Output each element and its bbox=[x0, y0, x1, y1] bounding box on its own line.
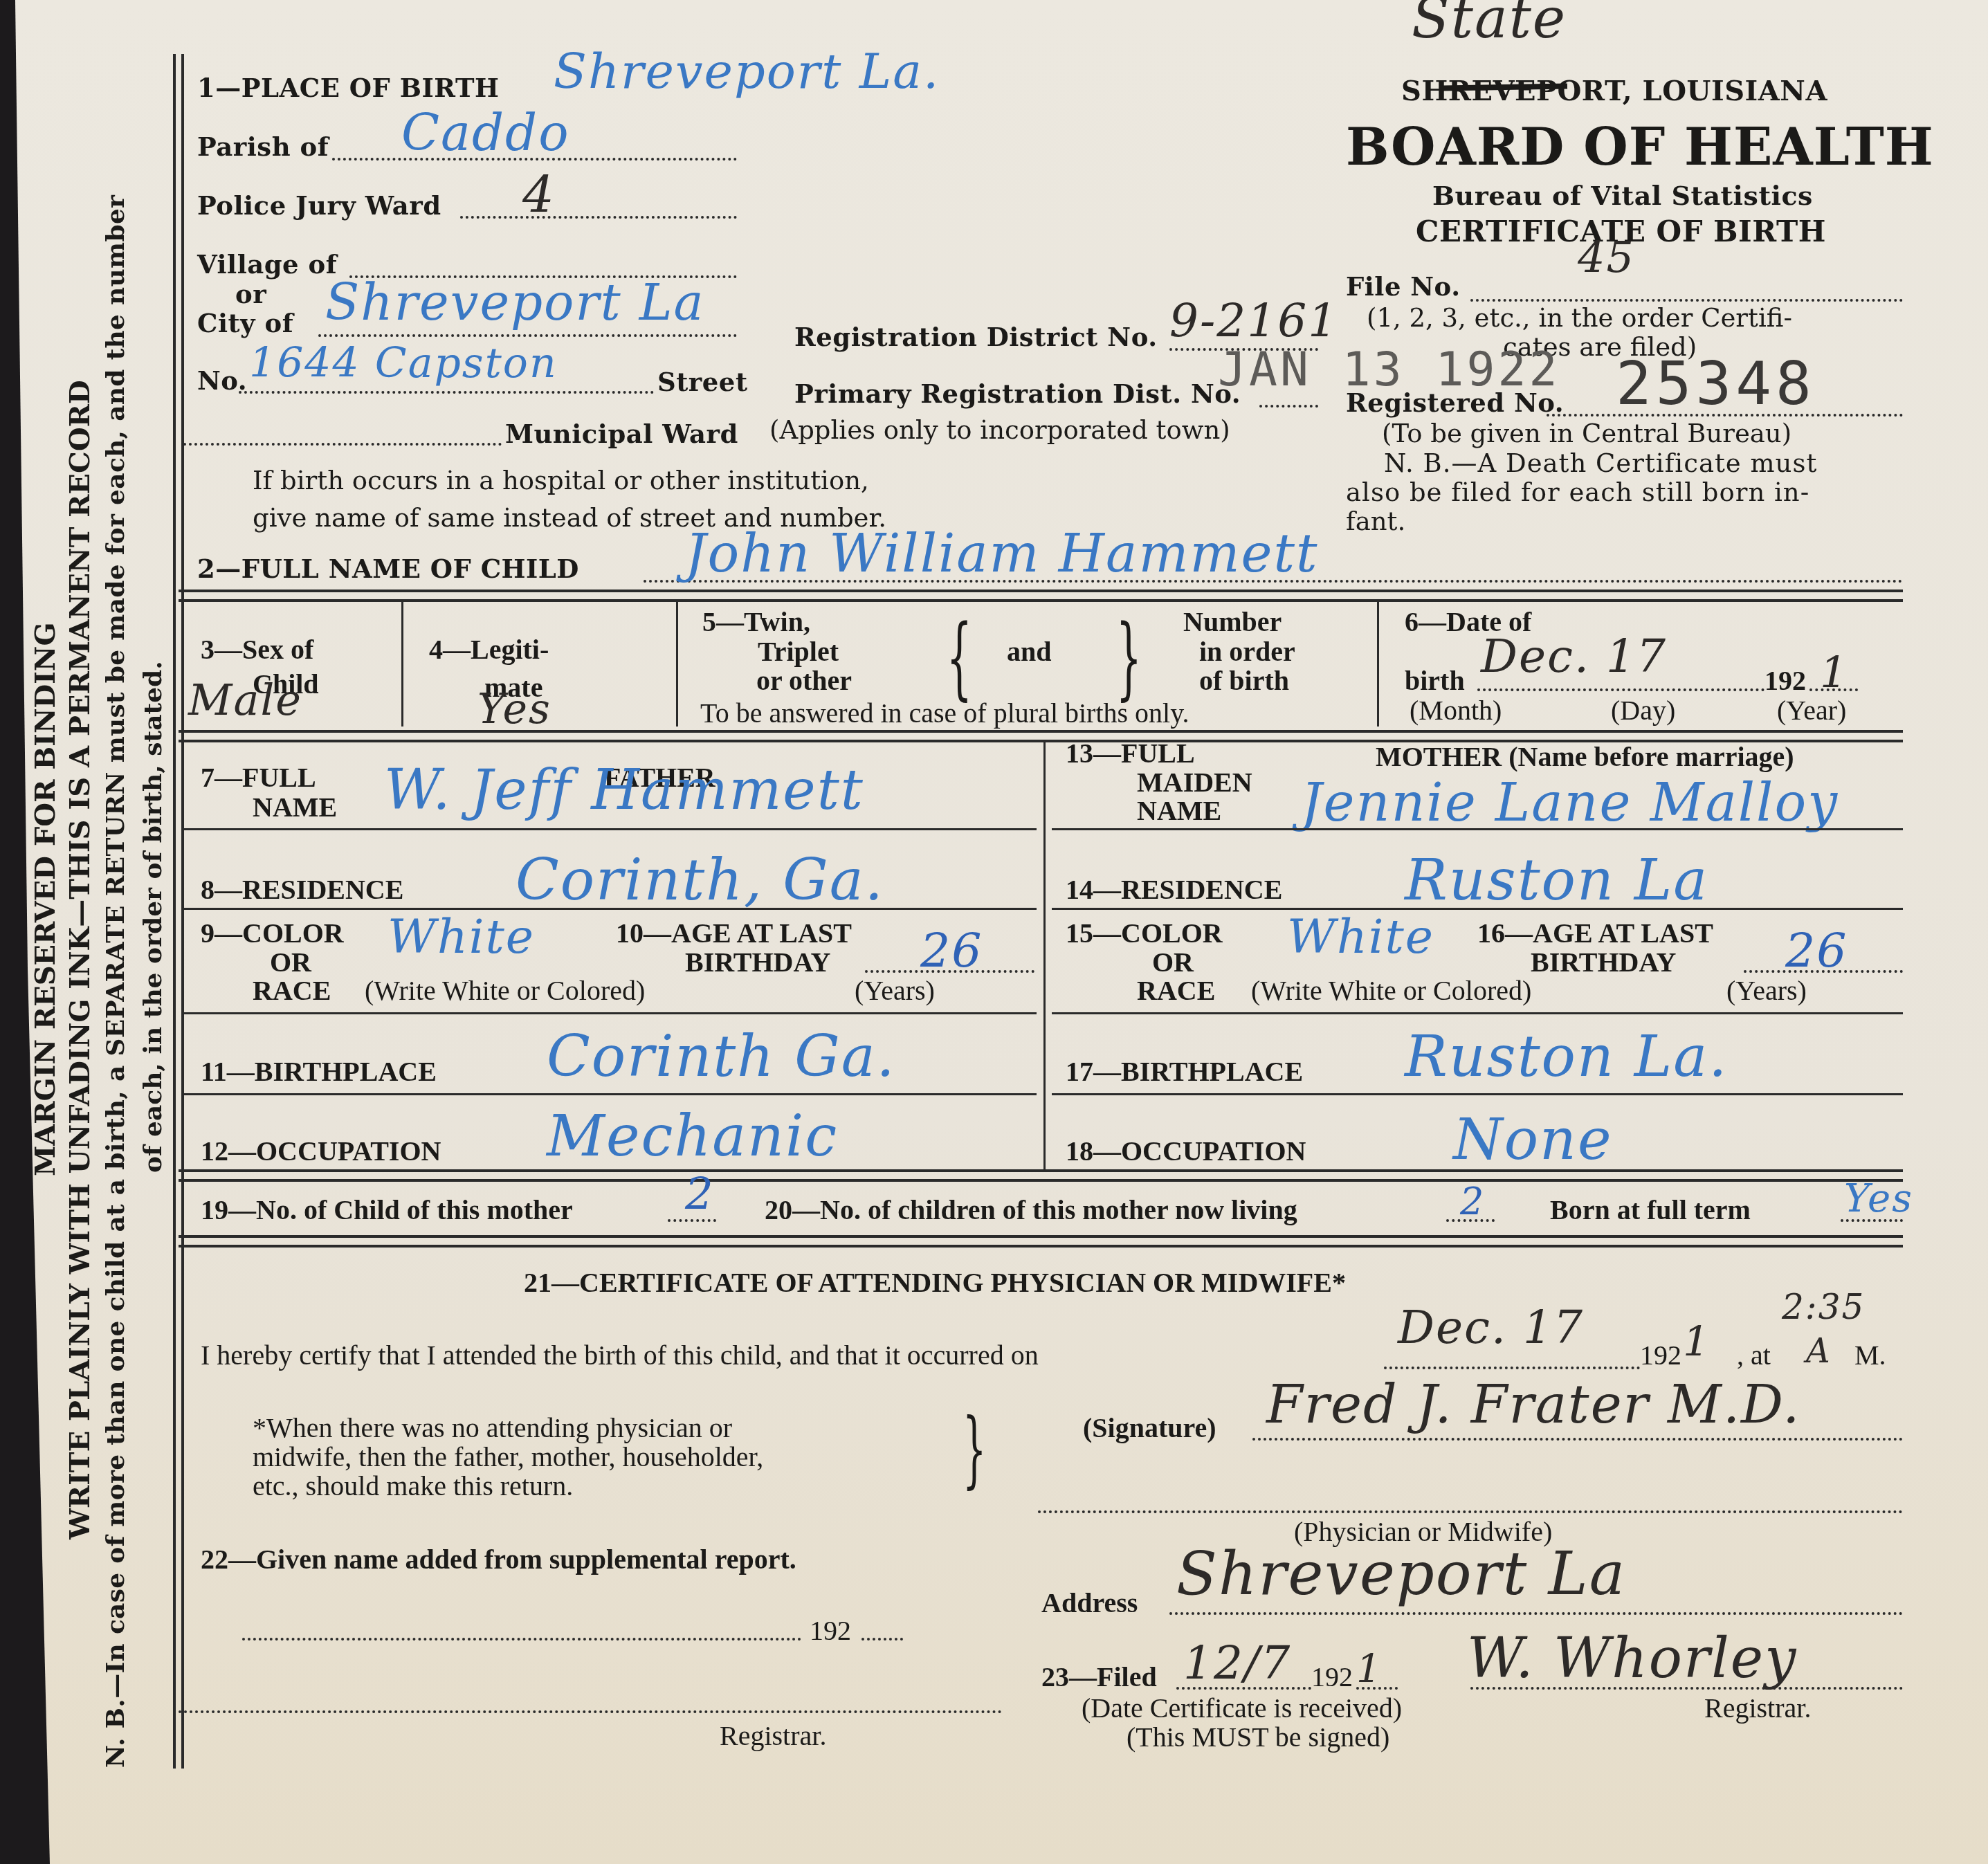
mother-name-value: Jennie Lane Malloy bbox=[1301, 771, 1839, 833]
registered-no-field[interactable] bbox=[1547, 414, 1903, 417]
mother-age-value: 26 bbox=[1785, 924, 1848, 978]
mother-residence-label: 14—RESIDENCE bbox=[1066, 873, 1282, 906]
father-age-value: 26 bbox=[920, 924, 983, 978]
street-label: Street bbox=[657, 367, 747, 397]
certify-statement: I hereby certify that I attended the bir… bbox=[201, 1339, 1039, 1371]
supplemental-year-prefix: 192 bbox=[810, 1614, 851, 1647]
nb-death-1: N. B.—A Death Certificate must bbox=[1384, 448, 1817, 478]
margin-binding-note: MARGIN RESERVED FOR BINDING bbox=[29, 622, 62, 1176]
divider-legit-twin bbox=[676, 602, 678, 727]
mother-color-note: (Write White or Colored) bbox=[1251, 974, 1531, 1007]
mother-name-label-3: NAME bbox=[1137, 794, 1221, 827]
municipal-ward-field[interactable] bbox=[183, 443, 502, 446]
father-birthplace-label: 11—BIRTHPLACE bbox=[201, 1055, 437, 1088]
footnote-line-3: etc., should make this return. bbox=[253, 1470, 573, 1502]
child-number-value: 2 bbox=[685, 1169, 715, 1221]
full-term-label: Born at full term bbox=[1550, 1194, 1751, 1226]
primary-registration-label: Primary Registration Dist. No. bbox=[794, 378, 1241, 409]
footnote-brace: } bbox=[963, 1408, 986, 1491]
signature-value: Fred J. Frater M.D. bbox=[1266, 1373, 1800, 1435]
mother-name-line bbox=[1052, 828, 1903, 830]
child-name-label: 2—FULL NAME OF CHILD bbox=[197, 554, 579, 584]
city-field[interactable] bbox=[318, 334, 737, 337]
filed-year-field[interactable] bbox=[1356, 1687, 1398, 1690]
hospital-note-1: If birth occurs in a hospital or other i… bbox=[253, 466, 869, 495]
parish-value: Caddo bbox=[401, 104, 570, 162]
registered-no-value: 25348 bbox=[1616, 349, 1816, 419]
village-label: Village of bbox=[197, 249, 337, 280]
registration-district-label: Registration District No. bbox=[794, 322, 1158, 352]
supplemental-date-field[interactable] bbox=[242, 1638, 801, 1641]
number-label-2: in order bbox=[1199, 635, 1295, 668]
birth-occurred-date-value: Dec. 17 bbox=[1398, 1301, 1584, 1354]
sex-label-1: 3—Sex of bbox=[201, 633, 313, 666]
city-label: City of bbox=[197, 308, 293, 338]
number-label-1: Number bbox=[1183, 605, 1282, 638]
state-annotation: State bbox=[1412, 0, 1567, 51]
mother-name-label-2: MAIDEN bbox=[1137, 766, 1252, 798]
father-birthplace-value: Corinth Ga. bbox=[547, 1024, 896, 1090]
birth-occurred-date-field[interactable] bbox=[1384, 1367, 1640, 1369]
supplemental-label: 22—Given name added from supplemental re… bbox=[201, 1543, 796, 1575]
place-of-birth-value: Shreveport La. bbox=[554, 43, 940, 100]
margin-ink-note: WRITE PLAINLY WITH UNFADING INK—THIS IS … bbox=[64, 380, 96, 1539]
father-name-label-2: NAME bbox=[253, 791, 337, 823]
mother-years-label: (Years) bbox=[1726, 974, 1807, 1007]
registration-district-value: 9-2161 bbox=[1169, 294, 1338, 347]
year-label: (Year) bbox=[1777, 694, 1846, 727]
filed-year-value: 1 bbox=[1356, 1647, 1383, 1692]
ampm-value: A bbox=[1806, 1332, 1832, 1371]
father-color-label-1: 9—COLOR bbox=[201, 917, 344, 949]
dob-field[interactable] bbox=[1477, 688, 1764, 691]
must-sign-note: (This MUST be signed) bbox=[1127, 1721, 1389, 1753]
child-name-value: John William Hammett bbox=[685, 522, 1319, 584]
file-no-note-1: (1, 2, 3, etc., in the order Certifi- bbox=[1367, 303, 1792, 333]
mother-residence-value: Ruston La bbox=[1405, 848, 1708, 913]
number-label-3: of birth bbox=[1199, 664, 1289, 697]
sex-value: Male bbox=[188, 675, 302, 725]
filed-registrar-label: Registrar. bbox=[1704, 1692, 1811, 1724]
nb-death-3: fant. bbox=[1346, 506, 1405, 536]
father-occupation-value: Mechanic bbox=[547, 1104, 838, 1169]
at-label: , at bbox=[1737, 1339, 1771, 1371]
mother-occupation-label: 18—OCCUPATION bbox=[1066, 1135, 1306, 1167]
dob-value: Dec. 17 bbox=[1481, 630, 1667, 683]
signature-field[interactable] bbox=[1252, 1438, 1903, 1441]
right-brace: } bbox=[1116, 612, 1142, 702]
father-color-label-3: RACE bbox=[253, 974, 331, 1007]
registered-no-label: Registered No. bbox=[1346, 387, 1564, 418]
file-no-label: File No. bbox=[1346, 271, 1461, 302]
father-years-label: (Years) bbox=[855, 974, 935, 1007]
registrar-signature-value: W. Whorley bbox=[1467, 1626, 1797, 1690]
twin-label-2: Triplet bbox=[758, 635, 839, 668]
margin-order-note: of each, in the order of birth, stated. bbox=[138, 661, 167, 1173]
father-birthplace-line bbox=[181, 1093, 1037, 1095]
child-number-label: 19—No. of Child of this mother bbox=[201, 1194, 573, 1226]
divider-after-name bbox=[179, 590, 1903, 602]
police-jury-ward-field[interactable] bbox=[460, 216, 737, 219]
father-residence-line bbox=[181, 908, 1037, 910]
filed-date-value: 12/7 bbox=[1183, 1636, 1291, 1690]
street-field[interactable] bbox=[239, 391, 654, 394]
birth-year-value: 1 bbox=[1683, 1318, 1711, 1367]
mother-residence-line bbox=[1052, 908, 1903, 910]
father-name-line bbox=[181, 828, 1037, 830]
filed-year-prefix: 192 bbox=[1311, 1661, 1353, 1693]
file-no-value: 45 bbox=[1578, 232, 1635, 282]
left-border bbox=[173, 54, 184, 1769]
mother-color-label-1: 15—COLOR bbox=[1066, 917, 1223, 949]
children-living-value: 2 bbox=[1460, 1180, 1485, 1223]
primary-registration-note: (Applies only to incorporated town) bbox=[769, 415, 1230, 445]
location-line: SHREVEPORT, LOUISIANA bbox=[1401, 75, 1827, 107]
filed-label: 23—Filed bbox=[1041, 1661, 1157, 1693]
registration-district-field[interactable] bbox=[1169, 348, 1318, 351]
birth-year-prefix: 192 bbox=[1640, 1339, 1681, 1371]
twin-label-1: 5—Twin, bbox=[702, 605, 810, 638]
dob-year-field[interactable] bbox=[1809, 688, 1858, 691]
place-of-birth-label: 1—PLACE OF BIRTH bbox=[197, 73, 499, 103]
board-of-health-title: BOARD OF HEALTH bbox=[1346, 118, 1934, 177]
dob-year-prefix: 192 bbox=[1764, 664, 1806, 697]
father-residence-value: Corinth, Ga. bbox=[516, 848, 884, 913]
mother-birthplace-value: Ruston La. bbox=[1405, 1024, 1728, 1090]
father-color-value: White bbox=[387, 910, 535, 965]
legitimate-label-1: 4—Legiti- bbox=[429, 633, 549, 666]
mother-birthplace-label: 17—BIRTHPLACE bbox=[1066, 1055, 1303, 1088]
nb-death-2: also be filed for each still born in- bbox=[1346, 477, 1809, 507]
twin-label-3: or other bbox=[756, 664, 852, 697]
footnote-line-1: *When there was no attending physician o… bbox=[253, 1411, 732, 1444]
father-age-label-1: 10—AGE AT LAST bbox=[616, 917, 852, 949]
mother-age-label-2: BIRTHDAY bbox=[1531, 946, 1677, 978]
and-label: and bbox=[1007, 635, 1052, 668]
mother-section-title: MOTHER (Name before marriage) bbox=[1376, 740, 1794, 773]
street-value: 1644 Capston bbox=[249, 339, 558, 387]
father-color-line bbox=[181, 1012, 1037, 1014]
divider-after-counts bbox=[179, 1235, 1903, 1248]
signature-label: (Signature) bbox=[1083, 1411, 1216, 1444]
children-living-label: 20—No. of children of this mother now li… bbox=[765, 1194, 1297, 1226]
physician-midwife-field[interactable] bbox=[1038, 1510, 1903, 1513]
footnote-line-2: midwife, then the father, mother, househ… bbox=[253, 1441, 763, 1473]
father-age-label-2: BIRTHDAY bbox=[685, 946, 831, 978]
father-name-label-1: 7—FULL bbox=[201, 761, 316, 794]
plural-births-note: To be answered in case of plural births … bbox=[700, 697, 1189, 729]
police-jury-ward-value: 4 bbox=[522, 166, 556, 224]
dob-label-2: birth bbox=[1405, 664, 1465, 697]
mother-birthplace-line bbox=[1052, 1093, 1903, 1095]
or-label: or bbox=[235, 279, 266, 309]
mother-name-label-1: 13—FULL bbox=[1066, 737, 1195, 769]
registered-no-note: (To be given in Central Bureau) bbox=[1382, 419, 1791, 448]
physician-section-title: 21—CERTIFICATE OF ATTENDING PHYSICIAN OR… bbox=[524, 1266, 1346, 1299]
divider-sex-legit bbox=[401, 602, 403, 727]
legitimate-value: Yes bbox=[477, 685, 551, 733]
supplemental-registrar-label: Registrar. bbox=[720, 1719, 826, 1752]
father-name-value: W. Jeff Hammett bbox=[384, 758, 864, 822]
parish-label: Parish of bbox=[197, 131, 329, 162]
divider-father-mother bbox=[1043, 740, 1046, 1171]
mother-color-label-3: RACE bbox=[1137, 974, 1215, 1007]
municipal-ward-label: Municipal Ward bbox=[505, 419, 738, 449]
bureau-subtitle: Bureau of Vital Statistics bbox=[1432, 180, 1813, 211]
mother-color-value: White bbox=[1287, 910, 1434, 965]
supplemental-year-field[interactable] bbox=[861, 1638, 903, 1641]
mother-occupation-value: None bbox=[1453, 1107, 1612, 1173]
father-color-note: (Write White or Colored) bbox=[365, 974, 645, 1007]
father-residence-label: 8—RESIDENCE bbox=[201, 873, 403, 906]
birth-time-value: 2:35 bbox=[1782, 1287, 1865, 1327]
father-color-label-2: OR bbox=[270, 946, 311, 978]
margin-separate-return-note: N. B.—In case of more than one child at … bbox=[101, 195, 130, 1768]
month-label: (Month) bbox=[1410, 694, 1502, 727]
divider-twin-dob bbox=[1377, 602, 1379, 727]
mother-color-line bbox=[1052, 1012, 1903, 1014]
address-field[interactable] bbox=[1169, 1612, 1903, 1615]
file-no-field[interactable] bbox=[1470, 299, 1903, 302]
left-brace: { bbox=[947, 612, 972, 702]
mother-color-label-2: OR bbox=[1152, 946, 1194, 978]
full-term-value: Yes bbox=[1844, 1176, 1913, 1221]
supplemental-registrar-field[interactable] bbox=[179, 1710, 1002, 1713]
divider-after-occupation bbox=[179, 1169, 1903, 1182]
address-value: Shreveport La bbox=[1176, 1539, 1626, 1609]
address-label: Address bbox=[1041, 1587, 1138, 1619]
filed-date-note: (Date Certificate is received) bbox=[1082, 1692, 1402, 1724]
mother-age-label-1: 16—AGE AT LAST bbox=[1477, 917, 1713, 949]
primary-registration-field[interactable] bbox=[1259, 405, 1318, 408]
m-label: M. bbox=[1854, 1339, 1886, 1371]
day-label: (Day) bbox=[1611, 694, 1675, 727]
city-value: Shreveport La bbox=[325, 273, 704, 331]
father-occupation-label: 12—OCCUPATION bbox=[201, 1135, 441, 1167]
police-jury-ward-label: Police Jury Ward bbox=[197, 190, 441, 221]
